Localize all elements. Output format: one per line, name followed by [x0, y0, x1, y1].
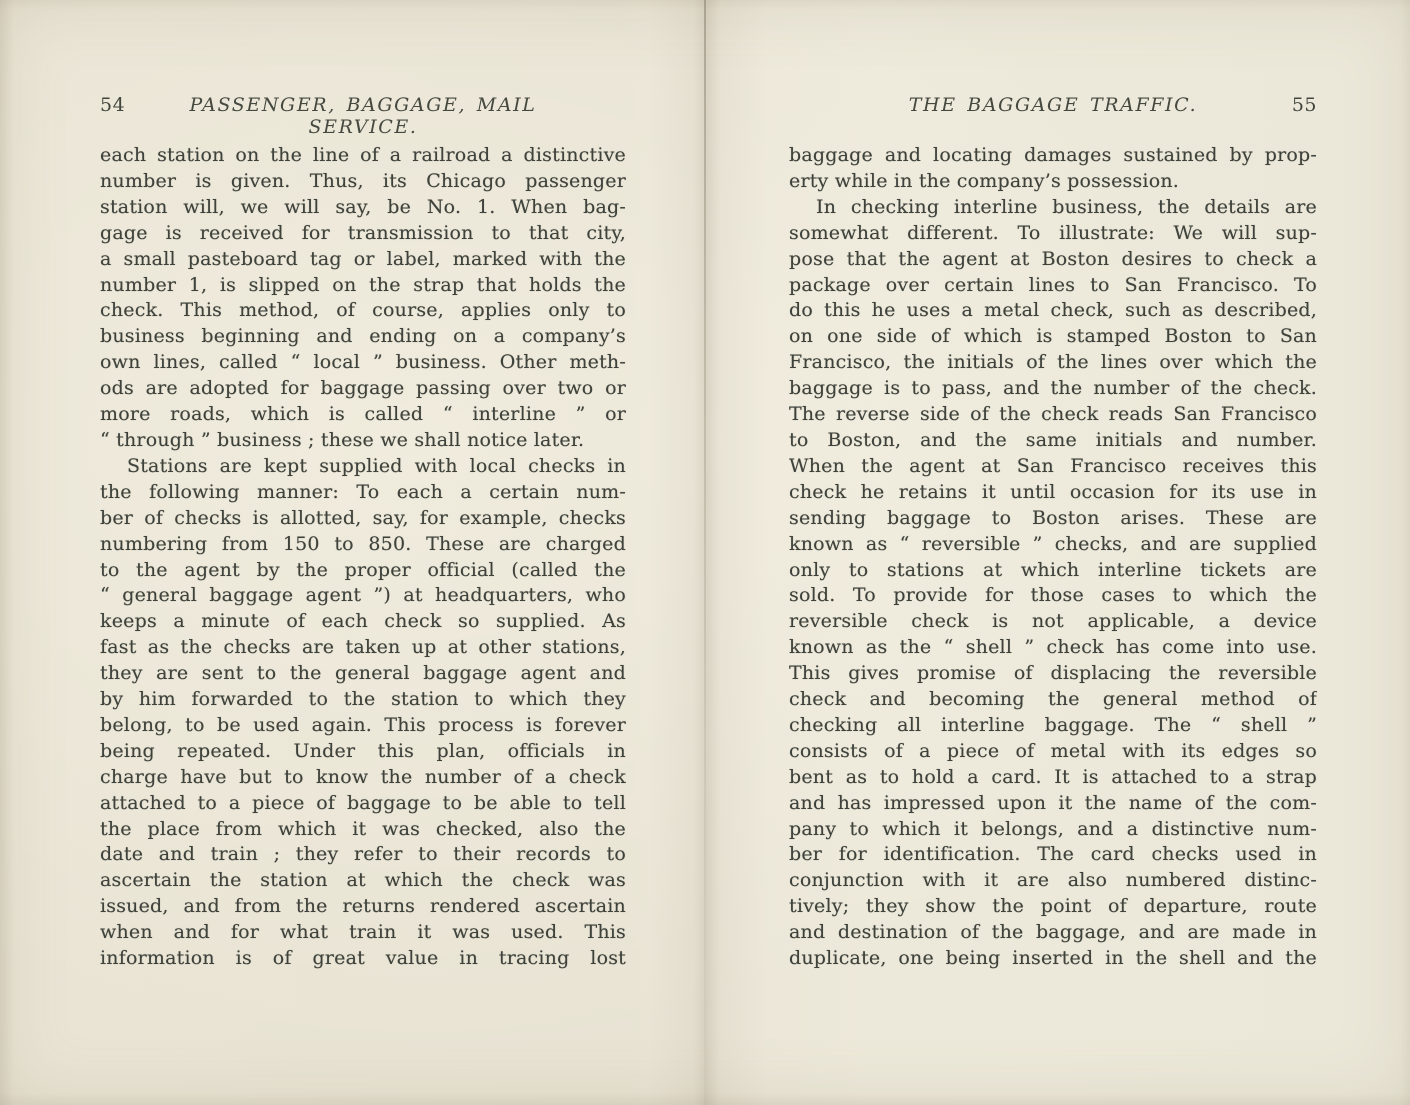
text-line: to the agent by the proper official (cal… [100, 558, 626, 584]
text-line: baggage is to pass, and the number of th… [789, 376, 1317, 402]
page-number-right: 55 [1247, 94, 1317, 116]
page-left: 54 PASSENGER, BAGGAGE, MAIL SERVICE. eac… [100, 94, 626, 972]
text-line: do this he uses a metal check, such as d… [789, 298, 1317, 324]
text-line: station will, we will say, be No. 1. Whe… [100, 195, 626, 221]
text-line: pose that the agent at Boston desires to… [789, 247, 1317, 273]
text-line: ber for identification. The card checks … [789, 842, 1317, 868]
text-line: on one side of which is stamped Boston t… [789, 324, 1317, 350]
text-line: sold. To provide for those cases to whic… [789, 583, 1317, 609]
text-line: Francisco, the initials of the lines ove… [789, 350, 1317, 376]
text-line: attached to a piece of baggage to be abl… [100, 791, 626, 817]
text-line: gage is received for transmission to tha… [100, 221, 626, 247]
page-body-left: each station on the line of a railroad a… [100, 143, 626, 972]
text-line: The reverse side of the check reads San … [789, 402, 1317, 428]
text-line: number 1, is slipped on the strap that h… [100, 273, 626, 299]
text-line: the place from which it was checked, als… [100, 817, 626, 843]
page-header-right: THE BAGGAGE TRAFFIC. 55 [789, 94, 1317, 118]
text-line: known as “ reversible ” checks, and are … [789, 532, 1317, 558]
page-header-left: 54 PASSENGER, BAGGAGE, MAIL SERVICE. [100, 94, 626, 118]
text-line: charge have but to know the number of a … [100, 765, 626, 791]
text-line: only to stations at which interline tick… [789, 558, 1317, 584]
text-line: fast as the checks are taken up at other… [100, 635, 626, 661]
page-number-left: 54 [100, 94, 170, 116]
running-header-left: PASSENGER, BAGGAGE, MAIL SERVICE. [170, 94, 556, 138]
text-line: pany to which it belongs, and a distinct… [789, 817, 1317, 843]
text-line: baggage and locating damages sustained b… [789, 143, 1317, 169]
text-line: keeps a minute of each check so supplied… [100, 609, 626, 635]
text-line: when and for what train it was used. Thi… [100, 920, 626, 946]
text-line: numbering from 150 to 850. These are cha… [100, 532, 626, 558]
text-line: business beginning and ending on a compa… [100, 324, 626, 350]
page-body-right: baggage and locating damages sustained b… [789, 143, 1317, 972]
text-line: “ general baggage agent ”) at headquarte… [100, 583, 626, 609]
text-line: “ through ” business ; these we shall no… [100, 428, 626, 454]
text-line: somewhat different. To illustrate: We wi… [789, 221, 1317, 247]
text-line: check. This method, of course, applies o… [100, 298, 626, 324]
text-line: checking all interline baggage. The “ sh… [789, 713, 1317, 739]
text-line: Stations are kept supplied with local ch… [100, 454, 626, 480]
text-line: and has impressed upon it the name of th… [789, 791, 1317, 817]
text-line: more roads, which is called “ interline … [100, 402, 626, 428]
text-line: issued, and from the returns rendered as… [100, 894, 626, 920]
text-line: they are sent to the general baggage age… [100, 661, 626, 687]
text-line: check and becoming the general method of [789, 687, 1317, 713]
text-line: When the agent at San Francisco receives… [789, 454, 1317, 480]
text-line: to Boston, and the same initials and num… [789, 428, 1317, 454]
text-line: each station on the line of a railroad a… [100, 143, 626, 169]
text-line: date and train ; they refer to their rec… [100, 842, 626, 868]
text-line: and destination of the baggage, and are … [789, 920, 1317, 946]
text-line: sending baggage to Boston arises. These … [789, 506, 1317, 532]
text-line: ber of checks is allotted, say, for exam… [100, 506, 626, 532]
text-line: own lines, called “ local ” business. Ot… [100, 350, 626, 376]
text-line: This gives promise of displacing the rev… [789, 661, 1317, 687]
text-line: consists of a piece of metal with its ed… [789, 739, 1317, 765]
text-line: belong, to be used again. This process i… [100, 713, 626, 739]
text-line: the following manner: To each a certain … [100, 480, 626, 506]
text-line: known as the “ shell ” check has come in… [789, 635, 1317, 661]
spine-crease [704, 0, 706, 1105]
text-line: number is given. Thus, its Chicago passe… [100, 169, 626, 195]
text-line: duplicate, one being inserted in the she… [789, 946, 1317, 972]
text-line: In checking interline business, the deta… [789, 195, 1317, 221]
text-line: ods are adopted for baggage passing over… [100, 376, 626, 402]
text-line: reversible check is not applicable, a de… [789, 609, 1317, 635]
text-line: tively; they show the point of departure… [789, 894, 1317, 920]
text-line: conjunction with it are also numbered di… [789, 868, 1317, 894]
page-gutter-shadow [648, 0, 768, 1105]
running-header-right: THE BAGGAGE TRAFFIC. [859, 94, 1247, 116]
text-line: being repeated. Under this plan, officia… [100, 739, 626, 765]
text-line: a small pasteboard tag or label, marked … [100, 247, 626, 273]
page-right: THE BAGGAGE TRAFFIC. 55 baggage and loca… [789, 94, 1317, 972]
text-line: package over certain lines to San Franci… [789, 273, 1317, 299]
text-line: information is of great value in tracing… [100, 946, 626, 972]
text-line: ascertain the station at which the check… [100, 868, 626, 894]
text-line: by him forwarded to the station to which… [100, 687, 626, 713]
text-line: erty while in the company’s possession. [789, 169, 1317, 195]
book-spread: 54 PASSENGER, BAGGAGE, MAIL SERVICE. eac… [0, 0, 1410, 1105]
text-line: bent as to hold a card. It is attached t… [789, 765, 1317, 791]
text-line: check he retains it until occasion for i… [789, 480, 1317, 506]
